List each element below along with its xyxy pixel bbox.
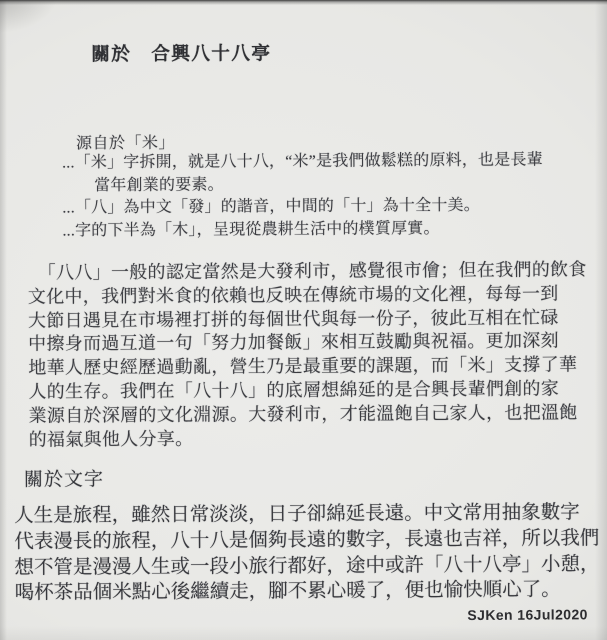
rice-paragraph: 「八八」一般的認定當然是大發利市，感覺很市儈；但在我們的飲食 文化中，我們對米食… [28, 258, 595, 452]
section-text-heading: 關於文字 [24, 464, 104, 491]
rice-bullet-item: ...「米」字拆開，就是八十八，“米”是我們做鬆糕的原料，也是長輩 當年創業的要… [62, 149, 574, 197]
text-paragraph: 人生是旅程，雖然日常淡淡，日子卻綿延長遠。中文常用抽象數字 代表漫長的旅程，八十… [14, 500, 607, 607]
rice-bullet-item: ...字的下半為「木」，呈現從農耕生活中的樸質厚實。 [62, 217, 574, 243]
document-title: 關於 合興八十八亭 [91, 39, 271, 66]
section-about-rice: 源自於「米」 ...「米」字拆開，就是八十八，“米”是我們做鬆糕的原料，也是長輩… [0, 0, 605, 2]
section-rice-heading: 源自於「米」 [76, 130, 175, 154]
rice-bullet-list: ...「米」字拆開，就是八十八，“米”是我們做鬆糕的原料，也是長輩 當年創業的要… [62, 149, 575, 242]
section-about-text: 關於文字 人生是旅程，雖然日常淡淡，日子卻綿延長遠。中文常用抽象數字 代表漫長的… [0, 0, 605, 2]
document-photo: 關於 合興八十八亭 源自於「米」 ...「米」字拆開，就是八十八，“米”是我們做… [0, 0, 607, 640]
document-page: 關於 合興八十八亭 源自於「米」 ...「米」字拆開，就是八十八，“米”是我們做… [0, 0, 607, 640]
rice-bullet-item: ...「八」為中文「發」的諧音，中間的「十」為十全十美。 [62, 194, 574, 220]
watermark: SJKen 16Jul2020 [467, 606, 588, 623]
